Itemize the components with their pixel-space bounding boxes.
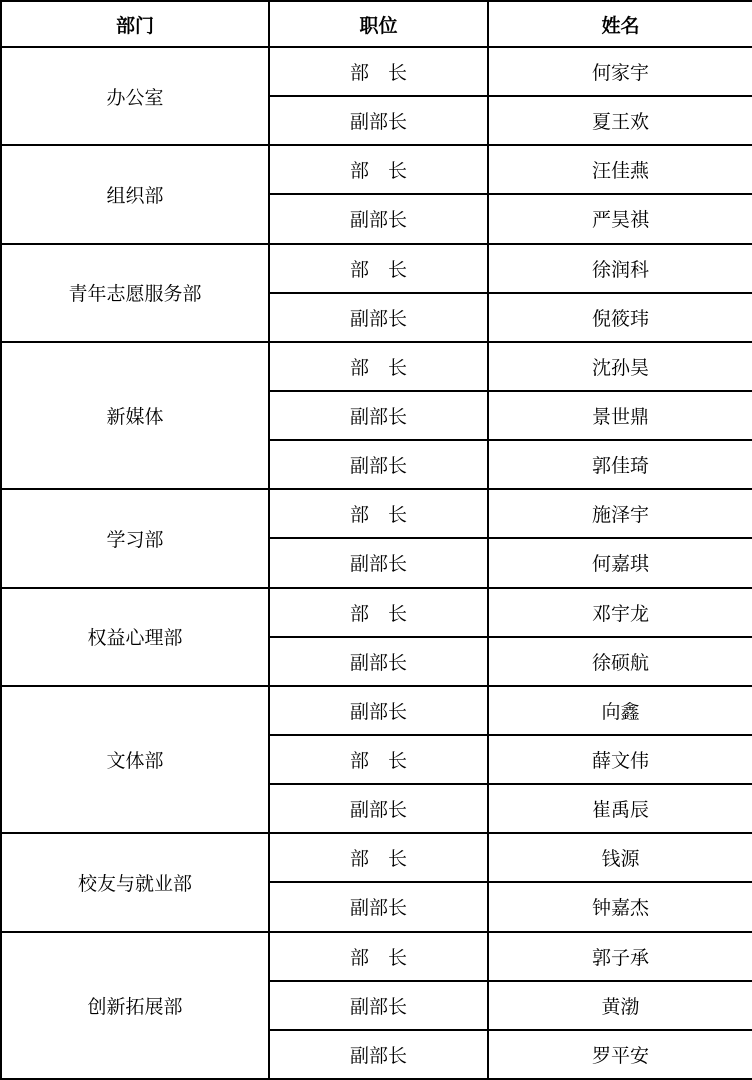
column-header-name: 姓名	[488, 1, 752, 47]
position-cell: 部 长	[269, 342, 488, 391]
department-cell: 办公室	[1, 47, 269, 145]
name-cell: 钟嘉杰	[488, 882, 752, 931]
table-row: 创新拓展部部 长郭子承	[1, 932, 752, 981]
name-cell: 徐硕航	[488, 637, 752, 686]
name-cell: 向鑫	[488, 686, 752, 735]
name-cell: 何嘉琪	[488, 538, 752, 587]
position-cell: 部 长	[269, 735, 488, 784]
position-cell: 副部长	[269, 194, 488, 243]
table-body: 办公室部 长何家宇副部长夏王欢组织部部 长汪佳燕副部长严昊祺青年志愿服务部部 长…	[1, 47, 752, 1079]
position-cell: 部 长	[269, 244, 488, 293]
department-cell: 组织部	[1, 145, 269, 243]
header-row: 部门 职位 姓名	[1, 1, 752, 47]
column-header-position: 职位	[269, 1, 488, 47]
name-cell: 罗平安	[488, 1030, 752, 1079]
position-cell: 副部长	[269, 96, 488, 145]
position-cell: 部 长	[269, 932, 488, 981]
department-cell: 学习部	[1, 489, 269, 587]
position-cell: 副部长	[269, 391, 488, 440]
position-cell: 副部长	[269, 637, 488, 686]
department-cell: 新媒体	[1, 342, 269, 489]
position-cell: 副部长	[269, 538, 488, 587]
table-row: 学习部部 长施泽宇	[1, 489, 752, 538]
name-cell: 夏王欢	[488, 96, 752, 145]
name-cell: 郭佳琦	[488, 440, 752, 489]
name-cell: 邓宇龙	[488, 588, 752, 637]
position-cell: 副部长	[269, 882, 488, 931]
position-cell: 部 长	[269, 47, 488, 96]
department-cell: 权益心理部	[1, 588, 269, 686]
name-cell: 施泽宇	[488, 489, 752, 538]
name-cell: 郭子承	[488, 932, 752, 981]
name-cell: 徐润科	[488, 244, 752, 293]
table-row: 文体部副部长向鑫	[1, 686, 752, 735]
name-cell: 薛文伟	[488, 735, 752, 784]
department-cell: 校友与就业部	[1, 833, 269, 931]
position-cell: 副部长	[269, 1030, 488, 1079]
position-cell: 副部长	[269, 440, 488, 489]
department-roster-table: 部门 职位 姓名 办公室部 长何家宇副部长夏王欢组织部部 长汪佳燕副部长严昊祺青…	[0, 0, 752, 1080]
position-cell: 部 长	[269, 588, 488, 637]
name-cell: 何家宇	[488, 47, 752, 96]
name-cell: 景世鼎	[488, 391, 752, 440]
name-cell: 黄渤	[488, 981, 752, 1030]
department-cell: 青年志愿服务部	[1, 244, 269, 342]
position-cell: 副部长	[269, 686, 488, 735]
name-cell: 倪筱玮	[488, 293, 752, 342]
position-cell: 部 长	[269, 145, 488, 194]
table-row: 权益心理部部 长邓宇龙	[1, 588, 752, 637]
table-row: 青年志愿服务部部 长徐润科	[1, 244, 752, 293]
table-row: 组织部部 长汪佳燕	[1, 145, 752, 194]
name-cell: 汪佳燕	[488, 145, 752, 194]
position-cell: 副部长	[269, 293, 488, 342]
position-cell: 副部长	[269, 784, 488, 833]
table-row: 办公室部 长何家宇	[1, 47, 752, 96]
position-cell: 部 长	[269, 833, 488, 882]
column-header-department: 部门	[1, 1, 269, 47]
name-cell: 钱源	[488, 833, 752, 882]
position-cell: 副部长	[269, 981, 488, 1030]
table-header: 部门 职位 姓名	[1, 1, 752, 47]
table-row: 校友与就业部部 长钱源	[1, 833, 752, 882]
table-row: 新媒体部 长沈孙昊	[1, 342, 752, 391]
name-cell: 崔禹辰	[488, 784, 752, 833]
name-cell: 严昊祺	[488, 194, 752, 243]
department-cell: 文体部	[1, 686, 269, 833]
position-cell: 部 长	[269, 489, 488, 538]
department-cell: 创新拓展部	[1, 932, 269, 1079]
name-cell: 沈孙昊	[488, 342, 752, 391]
